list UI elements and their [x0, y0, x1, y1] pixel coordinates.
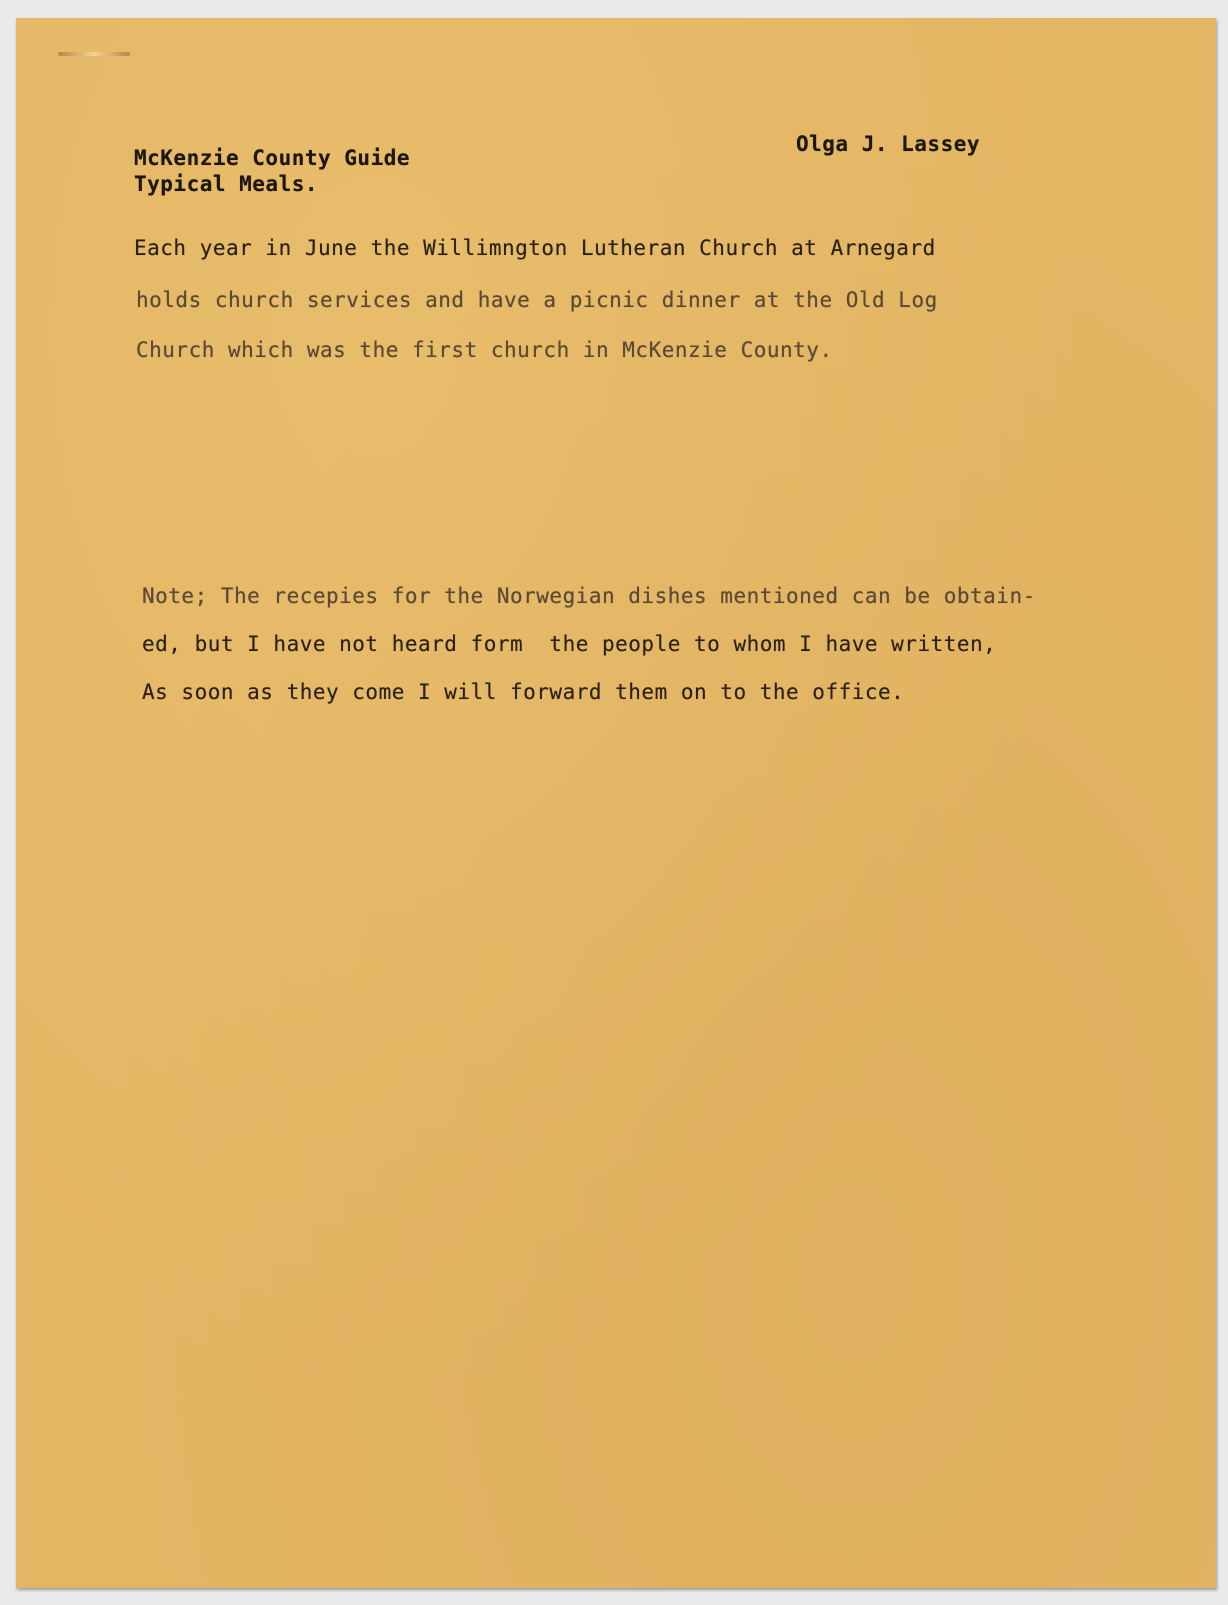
note-line-1: Note; The recepies for the Norwegian dis… — [142, 584, 1036, 608]
typewritten-page: McKenzie County Guide Typical Meals. Olg… — [16, 18, 1216, 1588]
document-subtitle: Typical Meals. — [134, 172, 318, 196]
paragraph-line-1: Each year in June the Willimngton Luther… — [134, 236, 936, 260]
paragraph-line-3: Church which was the first church in McK… — [136, 338, 833, 362]
note-line-3: As soon as they come I will forward them… — [142, 680, 904, 704]
paragraph-line-2: holds church services and have a picnic … — [136, 288, 938, 312]
document-title: McKenzie County Guide — [134, 146, 410, 170]
note-line-2: ed, but I have not heard form the people… — [142, 632, 996, 656]
author-name: Olga J. Lassey — [796, 132, 980, 156]
staple-mark — [58, 52, 130, 56]
